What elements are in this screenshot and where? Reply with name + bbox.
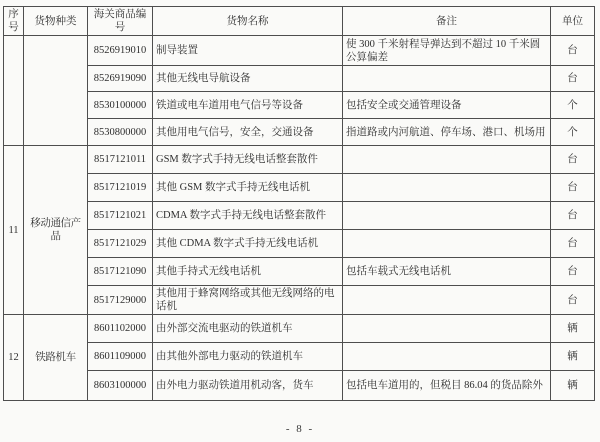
unit-cell: 台 <box>551 258 595 286</box>
serial-cell: 12 <box>4 315 24 401</box>
remark-cell: 包括电车道用的，但税目 86.04 的货品除外 <box>343 371 551 401</box>
header-remark: 备注 <box>343 7 551 36</box>
table-row: 8603100000 由外电力驱动铁道用机动客，货车 包括电车道用的，但税目 8… <box>4 371 595 401</box>
name-cell: 由外电力驱动铁道用机动客，货车 <box>153 371 343 401</box>
code-cell: 8601109000 <box>88 343 153 371</box>
page-number: - 8 - <box>0 423 600 435</box>
table-row: 8517121029 其他 CDMA 数字式手持无线电话机 台 <box>4 230 595 258</box>
remark-cell <box>343 286 551 315</box>
customs-goods-table: 序号 货物种类 海关商品编号 货物名称 备注 单位 8526919010 制导装… <box>3 6 595 401</box>
table-row: 8530800000 其他用电气信号，安全，交通设备 指道路或内河航道、停车场、… <box>4 119 595 146</box>
category-cell: 移动通信产品 <box>24 146 88 315</box>
unit-cell: 辆 <box>551 343 595 371</box>
remark-cell <box>343 230 551 258</box>
code-cell: 8517121011 <box>88 146 153 174</box>
code-cell: 8517121029 <box>88 230 153 258</box>
header-name: 货物名称 <box>153 7 343 36</box>
name-cell: 其他 CDMA 数字式手持无线电话机 <box>153 230 343 258</box>
unit-cell: 台 <box>551 202 595 230</box>
remark-cell <box>343 202 551 230</box>
name-cell: 其他用电气信号，安全，交通设备 <box>153 119 343 146</box>
remark-cell <box>343 343 551 371</box>
remark-cell <box>343 315 551 343</box>
unit-cell: 辆 <box>551 315 595 343</box>
table-row: 8601109000 由其他外部电力驱动的铁道机车 辆 <box>4 343 595 371</box>
scanned-document-page: 序号 货物种类 海关商品编号 货物名称 备注 单位 8526919010 制导装… <box>0 0 600 442</box>
unit-cell: 台 <box>551 174 595 202</box>
remark-cell: 包括车载式无线电话机 <box>343 258 551 286</box>
table-row: 8517121090 其他手持式无线电话机 包括车载式无线电话机 台 <box>4 258 595 286</box>
code-cell: 8530800000 <box>88 119 153 146</box>
table-row: 8517121019 其他 GSM 数字式手持无线电话机 台 <box>4 174 595 202</box>
table-row: 12 铁路机车 8601102000 由外部交流电驱动的铁道机车 辆 <box>4 315 595 343</box>
code-cell: 8526919010 <box>88 36 153 66</box>
header-code: 海关商品编号 <box>88 7 153 36</box>
remark-cell <box>343 146 551 174</box>
name-cell: 由外部交流电驱动的铁道机车 <box>153 315 343 343</box>
header-serial: 序号 <box>4 7 24 36</box>
name-cell: GSM 数字式手持无线电话整套散件 <box>153 146 343 174</box>
unit-cell: 辆 <box>551 371 595 401</box>
unit-cell: 台 <box>551 146 595 174</box>
unit-cell: 个 <box>551 92 595 119</box>
name-cell: CDMA 数字式手持无线电话整套散件 <box>153 202 343 230</box>
table-header-row: 序号 货物种类 海关商品编号 货物名称 备注 单位 <box>4 7 595 36</box>
name-cell: 其他手持式无线电话机 <box>153 258 343 286</box>
name-cell: 铁道或电车道用电气信号等设备 <box>153 92 343 119</box>
serial-cell <box>4 36 24 146</box>
category-cell <box>24 36 88 146</box>
unit-cell: 台 <box>551 66 595 92</box>
unit-cell: 台 <box>551 36 595 66</box>
code-cell: 8530100000 <box>88 92 153 119</box>
header-unit: 单位 <box>551 7 595 36</box>
code-cell: 8517121019 <box>88 174 153 202</box>
remark-cell: 包括安全或交通管理设备 <box>343 92 551 119</box>
table-row: 8526919090 其他无线电导航设备 台 <box>4 66 595 92</box>
category-cell: 铁路机车 <box>24 315 88 401</box>
code-cell: 8603100000 <box>88 371 153 401</box>
code-cell: 8517129000 <box>88 286 153 315</box>
remark-cell: 指道路或内河航道、停车场、港口、机场用 <box>343 119 551 146</box>
remark-cell <box>343 174 551 202</box>
unit-cell: 台 <box>551 286 595 315</box>
table-row: 8517129000 其他用于蜂窝网络或其他无线网络的电话机 台 <box>4 286 595 315</box>
name-cell: 制导装置 <box>153 36 343 66</box>
code-cell: 8526919090 <box>88 66 153 92</box>
table-row: 8517121021 CDMA 数字式手持无线电话整套散件 台 <box>4 202 595 230</box>
table-row: 11 移动通信产品 8517121011 GSM 数字式手持无线电话整套散件 台 <box>4 146 595 174</box>
name-cell: 其他 GSM 数字式手持无线电话机 <box>153 174 343 202</box>
code-cell: 8517121021 <box>88 202 153 230</box>
name-cell: 由其他外部电力驱动的铁道机车 <box>153 343 343 371</box>
table-row: 8526919010 制导装置 使 300 千米射程导弹达到不超过 10 千米圆… <box>4 36 595 66</box>
code-cell: 8601102000 <box>88 315 153 343</box>
header-category: 货物种类 <box>24 7 88 36</box>
name-cell: 其他无线电导航设备 <box>153 66 343 92</box>
unit-cell: 个 <box>551 119 595 146</box>
remark-cell <box>343 66 551 92</box>
serial-cell: 11 <box>4 146 24 315</box>
name-cell: 其他用于蜂窝网络或其他无线网络的电话机 <box>153 286 343 315</box>
remark-cell: 使 300 千米射程导弹达到不超过 10 千米圆公算偏差 <box>343 36 551 66</box>
code-cell: 8517121090 <box>88 258 153 286</box>
unit-cell: 台 <box>551 230 595 258</box>
table-row: 8530100000 铁道或电车道用电气信号等设备 包括安全或交通管理设备 个 <box>4 92 595 119</box>
